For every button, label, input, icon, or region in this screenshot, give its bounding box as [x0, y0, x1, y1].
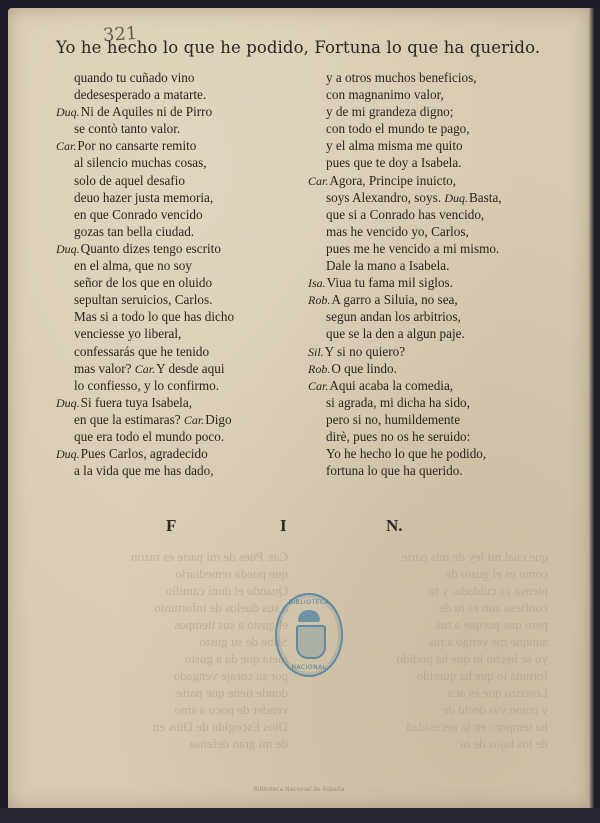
stamp-top-text: BIBLIOTECA	[277, 599, 341, 606]
verse-text: confessarás que he tenido	[74, 344, 209, 359]
speaker-label: Duq.	[56, 447, 80, 461]
verse-text: mas valor?	[74, 361, 132, 376]
verse-text: con todo el mundo te pago,	[326, 121, 470, 136]
verse-line: Isa.Viua tu fama mil siglos.	[308, 274, 558, 291]
coat-of-arms-icon	[296, 625, 326, 659]
right-verse-column: y a otros muchos beneficios,con magnanim…	[308, 69, 558, 479]
speaker-label: Sil.	[308, 345, 324, 359]
verse-text: que se la den a algun paje.	[326, 326, 465, 341]
verse-line: dedesesperado a matarte.	[56, 86, 306, 103]
verse-text: a la vida que me has dado,	[74, 463, 214, 478]
verse-text: Quanto dizes tengo escrito	[81, 241, 221, 256]
verse-text: Por no cansarte remito	[77, 138, 196, 153]
verse-text: y el alma misma me quito	[326, 138, 463, 153]
verse-line: mas valor? Car.Y desde aqui	[56, 360, 306, 377]
verse-line: sepultan seruicios, Carlos.	[56, 291, 306, 308]
verse-text: soys Alexandro, soys.	[326, 190, 441, 205]
verse-line: Car.Aqui acaba la comedia,	[308, 377, 558, 394]
verse-line: Yo he hecho lo que he podido,	[308, 445, 558, 462]
verse-line: a la vida que me has dado,	[56, 462, 306, 479]
verse-text: quando tu cuñado vino	[74, 70, 195, 85]
speaker-label: Duq.	[56, 396, 80, 410]
verse-line: pues me he vencido a mi mismo.	[308, 240, 558, 257]
verse-text: gozas tan bella ciudad.	[74, 224, 194, 239]
verse-line: dirè, pues no os he seruido:	[308, 428, 558, 445]
scanned-page: 321 Yo he hecho lo que he podido, Fortun…	[8, 8, 590, 808]
stamp-bottom-text: NACIONAL	[277, 664, 341, 671]
speaker-label: Rob.	[308, 293, 330, 307]
verse-text: dedesesperado a matarte.	[74, 87, 206, 102]
speaker-label: Duq.	[444, 191, 468, 205]
verse-line: con magnanimo valor,	[308, 86, 558, 103]
verse-text: Viua tu fama mil siglos.	[327, 275, 453, 290]
verse-line: venciesse yo liberal,	[56, 325, 306, 342]
speaker-label: Car.	[308, 379, 328, 393]
speaker-label: Isa.	[308, 276, 326, 290]
verse-text: sepultan seruicios, Carlos.	[74, 292, 212, 307]
verse-line: Mas si a todo lo que has dicho	[56, 308, 306, 325]
verse-line: Dale la mano a Isabela.	[308, 257, 558, 274]
verse-text: se contò tanto valor.	[74, 121, 180, 136]
crown-icon	[298, 610, 320, 622]
verse-text: Digo	[205, 412, 231, 427]
verse-line: que se la den a algun paje.	[308, 325, 558, 342]
verse-text: Y desde aqui	[156, 361, 224, 376]
verse-text: O que lindo.	[331, 361, 397, 376]
verse-line: en que la estimaras? Car.Digo	[56, 411, 306, 428]
verse-line: señor de los que en oluido	[56, 274, 306, 291]
verse-text: y a otros muchos beneficios,	[326, 70, 477, 85]
verse-line: Duq.Ni de Aquiles ni de Pirro	[56, 103, 306, 120]
verse-line: gozas tan bella ciudad.	[56, 223, 306, 240]
verse-text: deuo hazer justa memoria,	[74, 190, 213, 205]
verse-text: Y si no quiero?	[325, 344, 405, 359]
verse-line: que si a Conrado has vencido,	[308, 206, 558, 223]
verse-text: Si fuera tuya Isabela,	[81, 395, 192, 410]
verse-line: Sil.Y si no quiero?	[308, 343, 558, 360]
verse-text: y de mi grandeza digno;	[326, 104, 453, 119]
fin-letter-i: I	[280, 516, 287, 536]
verse-text: Mas si a todo lo que has dicho	[74, 309, 234, 324]
verse-text: que si a Conrado has vencido,	[326, 207, 484, 222]
verse-line: se contò tanto valor.	[56, 120, 306, 137]
verse-text: señor de los que en oluido	[74, 275, 212, 290]
running-head: Yo he hecho lo que he podido, Fortuna lo…	[56, 38, 556, 57]
verse-text: Ni de Aquiles ni de Pirro	[81, 104, 213, 119]
verse-line: fortuna lo que ha querido.	[308, 462, 558, 479]
verse-line: lo confiesso, y lo confirmo.	[56, 377, 306, 394]
speaker-label: Duq.	[56, 242, 80, 256]
verse-text: fortuna lo que ha querido.	[326, 463, 463, 478]
verse-line: quando tu cuñado vino	[56, 69, 306, 86]
verse-text: con magnanimo valor,	[326, 87, 444, 102]
verse-line: y el alma misma me quito	[308, 137, 558, 154]
verse-text: dirè, pues no os he seruido:	[326, 429, 470, 444]
verse-line: segun andan los arbitrios,	[308, 308, 558, 325]
verse-text: pues que te doy a Isabela.	[326, 155, 462, 170]
verse-line: soys Alexandro, soys. Duq.Basta,	[308, 189, 558, 206]
watermark-footer: Biblioteca Nacional de España	[8, 786, 590, 793]
verse-line: Duq.Si fuera tuya Isabela,	[56, 394, 306, 411]
verse-line: Car.Agora, Principe inuicto,	[308, 172, 558, 189]
verse-text: segun andan los arbitrios,	[326, 309, 461, 324]
verse-line: solo de aquel desafio	[56, 172, 306, 189]
verse-line: que era todo el mundo poco.	[56, 428, 306, 445]
speaker-label: Duq.	[56, 105, 80, 119]
verse-text: Dale la mano a Isabela.	[326, 258, 449, 273]
bleed-through-text-right: que cual mi ley de mis partecomo es el g…	[368, 548, 548, 752]
verse-line: Rob.O que lindo.	[308, 360, 558, 377]
verse-text: en que la estimaras?	[74, 412, 181, 427]
verse-line: y de mi grandeza digno;	[308, 103, 558, 120]
speaker-label: Car.	[135, 362, 155, 376]
verse-text: Pues Carlos, agradecido	[81, 446, 208, 461]
scan-bottom-border	[0, 808, 600, 823]
library-stamp: BIBLIOTECA NACIONAL	[275, 593, 343, 677]
speaker-label: Rob.	[308, 362, 330, 376]
verse-line: pero si no, humildemente	[308, 411, 558, 428]
page-edge-shadow	[588, 8, 594, 808]
speaker-label: Car.	[184, 413, 204, 427]
verse-line: Car.Por no cansarte remito	[56, 137, 306, 154]
verse-line: y a otros muchos beneficios,	[308, 69, 558, 86]
verse-text: Aqui acaba la comedia,	[329, 378, 453, 393]
verse-text: lo confiesso, y lo confirmo.	[74, 378, 219, 393]
verse-text: que era todo el mundo poco.	[74, 429, 224, 444]
verse-text: venciesse yo liberal,	[74, 326, 181, 341]
left-verse-column: quando tu cuñado vinodedesesperado a mat…	[56, 69, 306, 479]
verse-text: pero si no, humildemente	[326, 412, 460, 427]
verse-text: Basta,	[469, 190, 502, 205]
verse-text: mas he vencido yo, Carlos,	[326, 224, 469, 239]
speaker-label: Car.	[308, 174, 328, 188]
bleed-through-text-left: Car. Pues de mi parte es razonque pueda …	[108, 548, 288, 752]
fin-letter-f: F	[166, 516, 176, 536]
verse-line: Duq.Pues Carlos, agradecido	[56, 445, 306, 462]
speaker-label: Car.	[56, 139, 76, 153]
verse-line: deuo hazer justa memoria,	[56, 189, 306, 206]
verse-line: Duq.Quanto dizes tengo escrito	[56, 240, 306, 257]
verse-line: en que Conrado vencido	[56, 206, 306, 223]
verse-text: pues me he vencido a mi mismo.	[326, 241, 499, 256]
verse-text: al silencio muchas cosas,	[74, 155, 207, 170]
verse-text: en el alma, que no soy	[74, 258, 192, 273]
verse-text: solo de aquel desafio	[74, 173, 185, 188]
fin-letter-n: N.	[386, 516, 403, 536]
verse-text: Agora, Principe inuicto,	[329, 173, 456, 188]
verse-line: con todo el mundo te pago,	[308, 120, 558, 137]
verse-line: pues que te doy a Isabela.	[308, 154, 558, 171]
verse-line: al silencio muchas cosas,	[56, 154, 306, 171]
verse-line: en el alma, que no soy	[56, 257, 306, 274]
verse-text: en que Conrado vencido	[74, 207, 203, 222]
verse-text: Yo he hecho lo que he podido,	[326, 446, 486, 461]
verse-line: Rob.A garro a Siluia, no sea,	[308, 291, 558, 308]
verse-text: A garro a Siluia, no sea,	[331, 292, 457, 307]
verse-line: confessarás que he tenido	[56, 343, 306, 360]
verse-text: si agrada, mi dicha ha sido,	[326, 395, 470, 410]
verse-line: mas he vencido yo, Carlos,	[308, 223, 558, 240]
verse-line: si agrada, mi dicha ha sido,	[308, 394, 558, 411]
